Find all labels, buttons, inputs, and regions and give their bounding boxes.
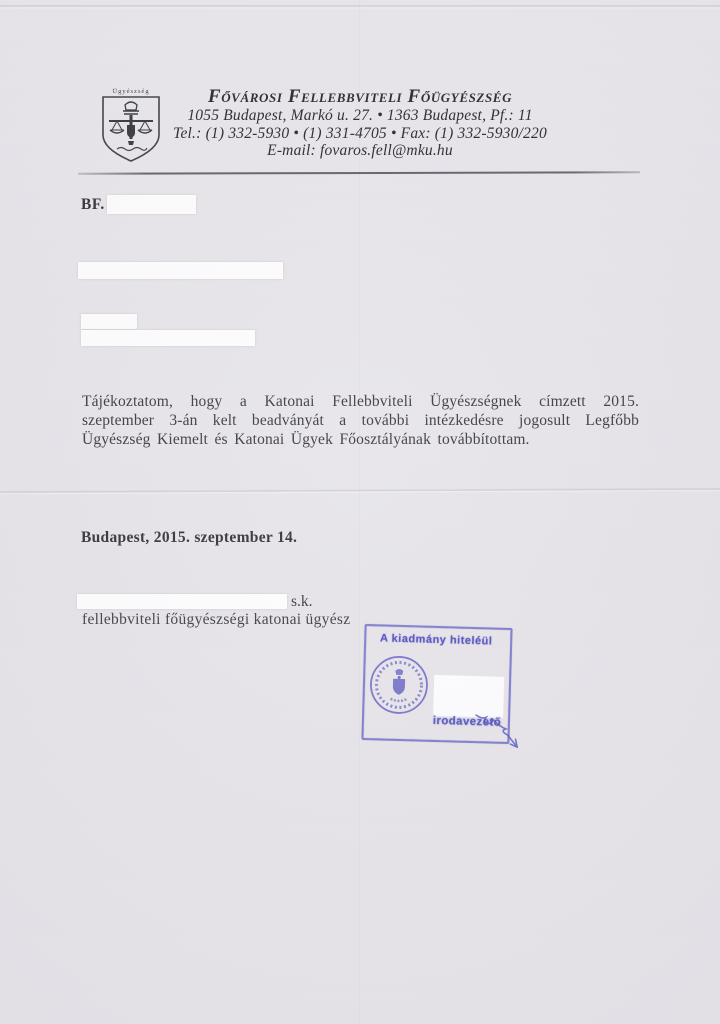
- letterhead: Fővárosi Fellebbviteli Főügyészség 1055 …: [130, 87, 590, 160]
- redaction-box-addressee-name: [78, 262, 283, 279]
- organization-name: Fővárosi Fellebbviteli Főügyészség: [130, 87, 590, 107]
- handwritten-signature-stroke: [473, 705, 522, 750]
- sk-suffix: s.k.: [291, 593, 313, 611]
- fold-crease-top: [0, 5, 720, 9]
- redaction-box-address-line2: [81, 330, 255, 346]
- signer-title: fellebbviteli főügyészségi katonai ügyés…: [82, 611, 350, 629]
- redaction-box-signer-name: [77, 594, 287, 609]
- scanned-letter-page: Ügyészség Fővárosi Fellebbviteli Főügyés…: [0, 0, 720, 1024]
- letterhead-phone-fax: Tel.: (1) 332-5930 • (1) 331-4705 • Fax:…: [130, 125, 590, 143]
- letterhead-separator-rule: [78, 171, 640, 174]
- letterhead-address: 1055 Budapest, Markó u. 27. • 1363 Budap…: [130, 107, 590, 125]
- letterhead-email: E-mail: fovaros.fell@mku.hu: [130, 142, 590, 160]
- round-seal-icon: [366, 652, 432, 718]
- reference-prefix: BF.: [81, 196, 105, 214]
- fold-crease-middle: [0, 487, 720, 494]
- body-paragraph: Tájékoztatom, hogy a Katonai Fellebbvite…: [82, 392, 639, 449]
- date-line: Budapest, 2015. szeptember 14.: [81, 529, 297, 547]
- redaction-box-reference-number: [107, 195, 196, 214]
- certification-stamp: A kiadmány hiteléül irodavezető: [361, 624, 512, 744]
- redaction-box-address-line1: [81, 314, 137, 329]
